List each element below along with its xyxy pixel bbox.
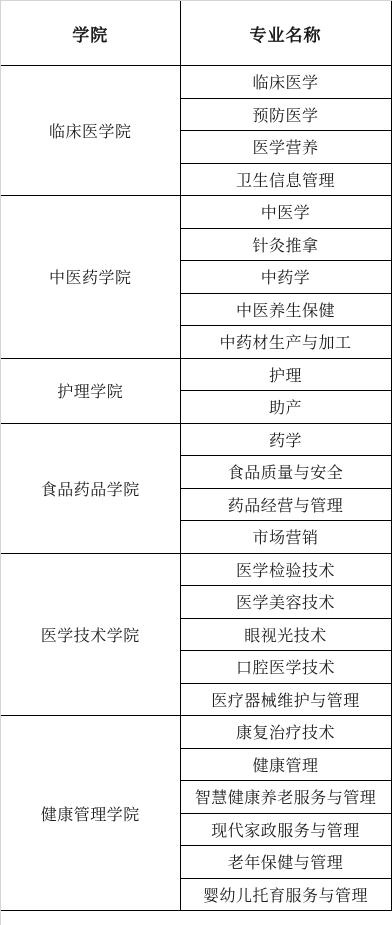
major-cell: 临床医学	[180, 66, 391, 99]
college-cell: 护理学院	[1, 358, 180, 423]
major-cell: 眼视光技术	[180, 618, 391, 651]
major-cell: 中药学	[180, 261, 391, 294]
major-cell: 中医养生保健	[180, 293, 391, 326]
header-row: 学院 专业名称	[1, 1, 391, 66]
major-cell: 预防医学	[180, 98, 391, 131]
table-row: 临床医学院 临床医学	[1, 66, 391, 99]
major-cell: 医学检验技术	[180, 553, 391, 586]
major-cell: 健康管理	[180, 748, 391, 781]
major-cell: 婴幼儿托育服务与管理	[180, 878, 391, 911]
major-cell: 中医学	[180, 196, 391, 229]
major-cell: 护理	[180, 358, 391, 391]
major-cell: 市场营销	[180, 521, 391, 554]
major-cell: 医学美容技术	[180, 586, 391, 619]
major-cell: 助产	[180, 391, 391, 424]
major-cell: 食品质量与安全	[180, 456, 391, 489]
major-cell: 卫生信息管理	[180, 163, 391, 196]
major-cell: 智慧健康养老服务与管理	[180, 781, 391, 814]
major-cell: 口腔医学技术	[180, 651, 391, 684]
major-cell: 康复治疗技术	[180, 716, 391, 749]
major-cell: 现代家政服务与管理	[180, 813, 391, 846]
table-row: 食品药品学院 药学	[1, 423, 391, 456]
header-major: 专业名称	[180, 1, 391, 66]
header-college: 学院	[1, 1, 180, 66]
major-cell: 针灸推拿	[180, 228, 391, 261]
major-cell: 医疗器械维护与管理	[180, 683, 391, 716]
college-cell: 中医药学院	[1, 196, 180, 359]
college-majors-table: 学院 专业名称 临床医学院 临床医学 预防医学 医学营养 卫生信息管理 中医药学…	[1, 1, 392, 911]
table-row: 健康管理学院 康复治疗技术	[1, 716, 391, 749]
major-cell: 医学营养	[180, 131, 391, 164]
college-cell: 健康管理学院	[1, 716, 180, 911]
college-cell: 食品药品学院	[1, 423, 180, 553]
major-cell: 中药材生产与加工	[180, 326, 391, 359]
table-row: 中医药学院 中医学	[1, 196, 391, 229]
major-cell: 老年保健与管理	[180, 846, 391, 879]
major-cell: 药品经营与管理	[180, 488, 391, 521]
table-row: 护理学院 护理	[1, 358, 391, 391]
table-row: 医学技术学院 医学检验技术	[1, 553, 391, 586]
major-cell: 药学	[180, 423, 391, 456]
college-cell: 临床医学院	[1, 66, 180, 196]
college-cell: 医学技术学院	[1, 553, 180, 716]
